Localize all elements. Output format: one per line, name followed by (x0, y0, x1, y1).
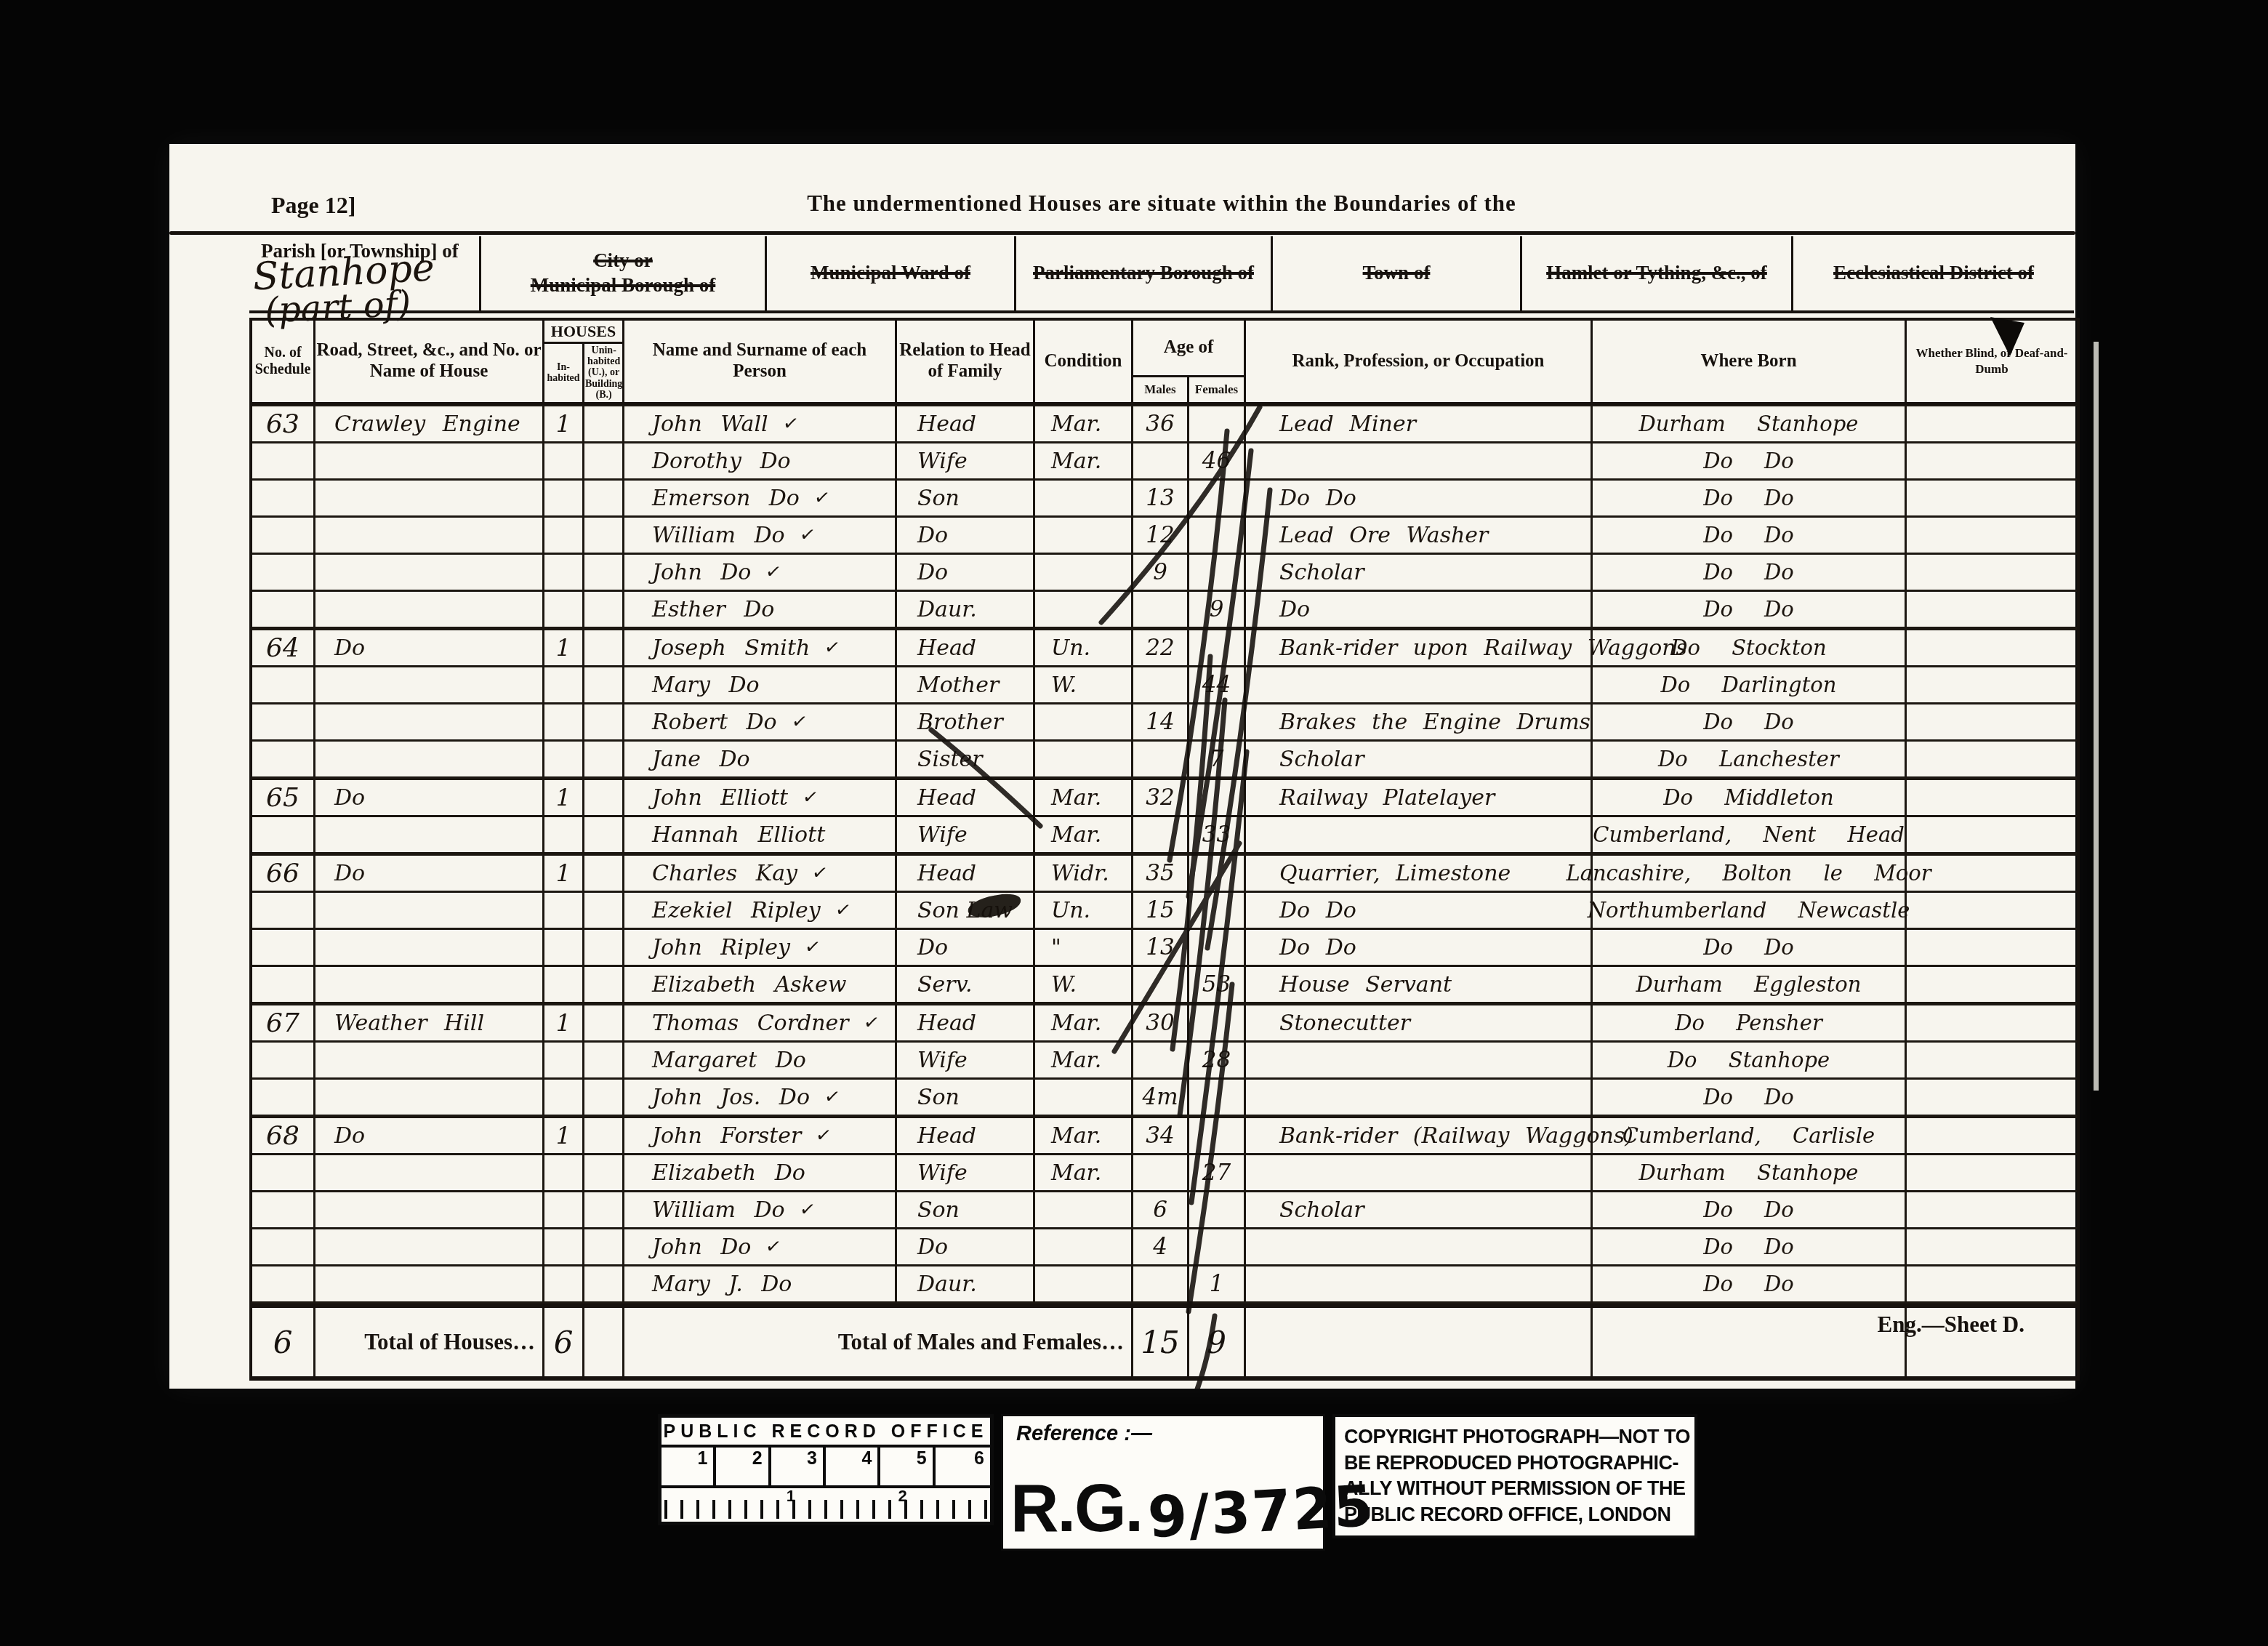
houses-inhabited (544, 1266, 584, 1301)
relation-to-head: Wife (897, 443, 1035, 478)
age-male: 12 (1133, 518, 1189, 553)
col-header-relation: Relation to Head of Family (897, 321, 1035, 402)
col-header-name: Name and Surname of each Person (624, 321, 897, 402)
check-mark: ✓ (823, 636, 842, 660)
check-mark: ✓ (764, 561, 783, 585)
house-name: Weather Hill (315, 1005, 544, 1040)
age-male (1133, 592, 1189, 627)
person-name: Margaret Do (652, 1048, 806, 1073)
relation-to-head: Head (897, 630, 1035, 665)
parish-box: Parish [or Township] of Stanhope (part o… (249, 236, 481, 310)
occupation: Do Do (1246, 893, 1593, 928)
blind-deaf (1907, 1192, 2077, 1227)
check-mark: ✓ (862, 1011, 881, 1035)
occupation: Scholar (1246, 742, 1593, 776)
person-name: John Forster (652, 1123, 801, 1149)
blind-deaf (1907, 893, 2077, 928)
age-male (1133, 742, 1189, 776)
where-born: Northumberland Newcastle (1593, 893, 1907, 928)
age-male: 9 (1133, 555, 1189, 590)
occupation: Quarrier, Limestone (1246, 856, 1593, 891)
table-row: William Do ✓ Son 6 Scholar Do Do (252, 1192, 2077, 1229)
schedule-number (252, 555, 315, 590)
age-male: 36 (1133, 406, 1189, 441)
schedule-number: 65 (252, 780, 315, 815)
relation-to-head: Serv. (897, 967, 1035, 1002)
photo-background: Page 12] The undermentioned Houses are s… (0, 0, 2268, 1646)
age-male (1133, 443, 1189, 478)
blind-deaf (1907, 667, 2077, 702)
age-female: 1 (1189, 1266, 1246, 1301)
table-row: 65 Do 1 John Elliott ✓ Head Mar. 32 Rail… (252, 779, 2077, 817)
schedule-number (252, 704, 315, 739)
occupation: Scholar (1246, 1192, 1593, 1227)
houses-inhabited (544, 518, 584, 553)
person-name-cell: Dorothy Do (624, 443, 897, 478)
col-header-born: Where Born (1593, 321, 1907, 402)
schedule-number (252, 1043, 315, 1077)
blind-deaf (1907, 1155, 2077, 1190)
blind-deaf (1907, 555, 2077, 590)
blind-deaf (1907, 1080, 2077, 1115)
relation-to-head: Mother (897, 667, 1035, 702)
copyright-stamp: COPYRIGHT PHOTOGRAPH—NOT TO BE REPRODUCE… (1332, 1414, 1697, 1538)
check-mark: ✓ (814, 1124, 833, 1148)
schedule-number (252, 893, 315, 928)
where-born: Do Do (1593, 1229, 1907, 1264)
pro-stamp-strip: PUBLIC RECORD OFFICE 1 2 3 4 5 6 1 2 Ref… (658, 1414, 1697, 1551)
person-name: John Wall (652, 411, 768, 437)
age-male (1133, 1266, 1189, 1301)
where-born: Do Do (1593, 1080, 1907, 1115)
person-name-cell: Thomas Cordner ✓ (624, 1005, 897, 1040)
person-name: John Ripley (652, 935, 790, 960)
marital-condition (1035, 1080, 1133, 1115)
table-row: Emerson Do ✓ Son 13 Do Do Do Do (252, 481, 2077, 518)
houses-uninhabited (584, 592, 624, 627)
column-headers: No. of Schedule Road, Street, &c., and N… (252, 321, 2077, 405)
blind-deaf (1907, 704, 2077, 739)
schedule-number: 63 (252, 406, 315, 441)
houses-uninhabited (584, 667, 624, 702)
marital-condition: W. (1035, 667, 1133, 702)
houses-uninhabited (584, 630, 624, 665)
table-row: John Do ✓ Do 4 Do Do (252, 1229, 2077, 1266)
marital-condition: Mar. (1035, 780, 1133, 815)
age-male: 13 (1133, 930, 1189, 965)
age-female: 28 (1189, 1043, 1246, 1077)
parliamentary-borough-box: Parliamentary Borough of (1016, 236, 1273, 310)
total-houses-value: 6 (544, 1308, 584, 1376)
age-female (1189, 630, 1246, 665)
age-male: 34 (1133, 1118, 1189, 1153)
age-male: 32 (1133, 780, 1189, 815)
house-name: Do (315, 1118, 544, 1153)
where-born: Do Do (1593, 930, 1907, 965)
person-name: Charles Kay (652, 861, 797, 886)
relation-to-head: Do (897, 1229, 1035, 1264)
person-name-cell: William Do ✓ (624, 1192, 897, 1227)
age-female: 33 (1189, 817, 1246, 852)
age-female (1189, 406, 1246, 441)
where-born: Durham Eggleston (1593, 967, 1907, 1002)
marital-condition (1035, 555, 1133, 590)
person-name: John Do (652, 1234, 751, 1260)
relation-to-head: Wife (897, 1043, 1035, 1077)
house-name (315, 967, 544, 1002)
where-born: Do Middleton (1593, 780, 1907, 815)
houses-uninhabited (584, 1229, 624, 1264)
table-row: Hannah Elliott Wife Mar. 33 Cumberland, … (252, 817, 2077, 854)
relation-to-head: Son (897, 481, 1035, 515)
houses-uninhabited (584, 1192, 624, 1227)
person-name: Elizabeth Do (652, 1160, 805, 1186)
occupation (1246, 443, 1593, 478)
relation-to-head: Daur. (897, 1266, 1035, 1301)
table-row: Ezekiel Ripley ✓ Son Law Un. 15 Do Do No… (252, 893, 2077, 930)
empty-cell (1593, 1308, 1907, 1376)
check-mark: ✓ (801, 786, 820, 810)
horizontal-rule (169, 231, 2075, 235)
blind-deaf (1907, 443, 2077, 478)
houses-inhabited (544, 817, 584, 852)
houses-uninhabited (584, 518, 624, 553)
schedule-number (252, 481, 315, 515)
marital-condition: Widr. (1035, 856, 1133, 891)
sheet-title: The undermentioned Houses are situate wi… (249, 190, 2074, 217)
reference-piece-number: 9/3725 (1146, 1474, 1376, 1551)
table-row: John Jos. Do ✓ Son 4m Do Do (252, 1080, 2077, 1117)
houses-uninhabited (584, 555, 624, 590)
person-name-cell: Jane Do (624, 742, 897, 776)
blind-deaf (1907, 406, 2077, 441)
person-name-cell: Robert Do ✓ (624, 704, 897, 739)
col-header-road: Road, Street, &c., and No. or Name of Ho… (315, 321, 544, 402)
house-name (315, 1266, 544, 1301)
relation-to-head: Son (897, 1080, 1035, 1115)
age-female (1189, 704, 1246, 739)
marital-condition: Un. (1035, 630, 1133, 665)
house-name (315, 1229, 544, 1264)
houses-inhabited (544, 592, 584, 627)
person-name-cell: Elizabeth Askew (624, 967, 897, 1002)
col-header-males: Males (1133, 377, 1189, 402)
relation-to-head: Head (897, 406, 1035, 441)
houses-uninhabited (584, 481, 624, 515)
table-row: 64 Do 1 Joseph Smith ✓ Head Un. 22 Bank-… (252, 629, 2077, 667)
person-name-cell: John Elliott ✓ (624, 780, 897, 815)
age-male (1133, 817, 1189, 852)
age-female: 46 (1189, 443, 1246, 478)
houses-inhabited (544, 555, 584, 590)
age-male: 30 (1133, 1005, 1189, 1040)
houses-uninhabited (584, 780, 624, 815)
houses-inhabited (544, 1229, 584, 1264)
marital-condition: Mar. (1035, 1005, 1133, 1040)
occupation: House Servant (1246, 967, 1593, 1002)
col-header-schedule: No. of Schedule (252, 321, 315, 402)
person-name-cell: Charles Kay ✓ (624, 856, 897, 891)
houses-inhabited: 1 (544, 406, 584, 441)
age-title: Age of (1133, 321, 1244, 375)
blind-deaf (1907, 742, 2077, 776)
house-name (315, 742, 544, 776)
house-name (315, 667, 544, 702)
house-name: Crawley Engine (315, 406, 544, 441)
marital-condition: Mar. (1035, 406, 1133, 441)
houses-uninhabited (584, 893, 624, 928)
census-table-body: 63 Crawley Engine 1 John Wall ✓ Head Mar… (252, 405, 2077, 1304)
schedule-number (252, 1080, 315, 1115)
age-female (1189, 1229, 1246, 1264)
table-row: 68 Do 1 John Forster ✓ Head Mar. 34 Bank… (252, 1117, 2077, 1155)
where-born: Lancashire, Bolton le Moor (1593, 856, 1907, 891)
pro-inch-ruler: 1 2 (661, 1488, 990, 1522)
occupation: Stonecutter (1246, 1005, 1593, 1040)
houses-uninhabited (584, 967, 624, 1002)
houses-inhabited (544, 742, 584, 776)
relation-to-head: Sister (897, 742, 1035, 776)
pro-ruler-stamp: PUBLIC RECORD OFFICE 1 2 3 4 5 6 1 2 (658, 1414, 994, 1525)
age-female (1189, 893, 1246, 928)
occupation (1246, 1266, 1593, 1301)
blind-deaf (1907, 1266, 2077, 1301)
house-name: Do (315, 630, 544, 665)
houses-uninhabited (584, 1005, 624, 1040)
person-name-cell: John Ripley ✓ (624, 930, 897, 965)
col-header-text: Schedule (255, 361, 311, 378)
age-female: 7 (1189, 742, 1246, 776)
marital-condition (1035, 518, 1133, 553)
houses-uninhabited (584, 817, 624, 852)
person-name: Dorothy Do (652, 449, 791, 474)
marital-condition: W. (1035, 967, 1133, 1002)
struck-header: Municipal Ward of (811, 261, 970, 286)
relation-to-head: Daur. (897, 592, 1035, 627)
col-header-females: Females (1189, 377, 1244, 402)
person-name-cell: Elizabeth Do (624, 1155, 897, 1190)
marital-condition (1035, 704, 1133, 739)
person-name: William Do (652, 1197, 785, 1223)
age-female (1189, 555, 1246, 590)
marital-condition (1035, 481, 1133, 515)
age-female (1189, 856, 1246, 891)
houses-inhabited (544, 704, 584, 739)
schedule-number (252, 1229, 315, 1264)
sheet-footer-label: Eng.—Sheet D. (1878, 1312, 2024, 1338)
table-row: Elizabeth Do Wife Mar. 27 Durham Stanhop… (252, 1155, 2077, 1192)
occupation: Do Do (1246, 481, 1593, 515)
relation-to-head: Son Law (897, 893, 1035, 928)
col-header-text: No. of (264, 345, 301, 361)
marital-condition: Mar. (1035, 443, 1133, 478)
where-born: Do Do (1593, 704, 1907, 739)
relation-to-head: Head (897, 780, 1035, 815)
schedule-number: 66 (252, 856, 315, 891)
age-male (1133, 1155, 1189, 1190)
copyright-line: BE REPRODUCED PHOTOGRAPHIC- (1344, 1450, 1686, 1477)
person-name-cell: Margaret Do (624, 1043, 897, 1077)
house-name (315, 893, 544, 928)
col-header-condition: Condition (1035, 321, 1133, 402)
occupation (1246, 1080, 1593, 1115)
schedule-number: 67 (252, 1005, 315, 1040)
person-name-cell: Joseph Smith ✓ (624, 630, 897, 665)
houses-inhabited (544, 930, 584, 965)
schedule-number: 64 (252, 630, 315, 665)
relation-to-head: Brother (897, 704, 1035, 739)
occupation (1246, 1229, 1593, 1264)
person-name-cell: Mary Do (624, 667, 897, 702)
age-female (1189, 1005, 1246, 1040)
age-female (1189, 1080, 1246, 1115)
reference-series: R.G. (1010, 1471, 1142, 1547)
blind-deaf (1907, 1005, 2077, 1040)
age-female (1189, 780, 1246, 815)
check-mark: ✓ (781, 412, 800, 436)
reference-stamp: Reference :— R.G. 9/3725 (1001, 1414, 1325, 1551)
person-name: Mary Do (652, 673, 760, 698)
scale-number: 5 (880, 1448, 935, 1485)
municipal-ward-box: Municipal Ward of (767, 236, 1016, 310)
person-name: Emerson Do (652, 486, 800, 511)
table-row: Elizabeth Askew Serv. W. 53 House Servan… (252, 967, 2077, 1004)
houses-inhabited (544, 1080, 584, 1115)
occupation: Bank-rider (Railway Waggons) (1246, 1118, 1593, 1153)
age-male (1133, 1043, 1189, 1077)
col-header-houses: HOUSES In-habited Unin-habited (U.), or … (544, 321, 624, 402)
person-name: John Jos. Do (652, 1085, 810, 1110)
where-born: Do Do (1593, 443, 1907, 478)
empty-cell (1246, 1308, 1593, 1376)
person-name-cell: John Do ✓ (624, 1229, 897, 1264)
person-name: Joseph Smith (652, 635, 810, 661)
schedule-number (252, 667, 315, 702)
where-born: Do Do (1593, 592, 1907, 627)
table-row: Mary Do Mother W. 44 Do Darlington (252, 667, 2077, 704)
table-row: Esther Do Daur. 9 Do Do Do (252, 592, 2077, 629)
pro-title: PUBLIC RECORD OFFICE (661, 1418, 990, 1448)
marital-condition (1035, 1192, 1133, 1227)
houses-uninhabited (584, 1080, 624, 1115)
schedule-number (252, 1192, 315, 1227)
blind-deaf (1907, 518, 2077, 553)
struck-header: Hamlet or Tything, &c., of (1546, 261, 1767, 286)
struck-header: City or (593, 249, 653, 273)
houses-inhabited: 1 (544, 630, 584, 665)
blind-deaf (1907, 780, 2077, 815)
table-row: William Do ✓ Do 12 Lead Ore Washer Do Do (252, 518, 2077, 555)
blind-deaf (1907, 930, 2077, 965)
marital-condition: Mar. (1035, 817, 1133, 852)
person-name-cell: John Do ✓ (624, 555, 897, 590)
total-persons-label: Total of Males and Females… (624, 1308, 1133, 1376)
houses-title: HOUSES (544, 321, 622, 344)
relation-to-head: Wife (897, 1155, 1035, 1190)
person-name: Ezekiel Ripley (652, 898, 821, 923)
struck-header: Town of (1363, 261, 1431, 286)
houses-inhabited (544, 893, 584, 928)
person-name: Mary J. Do (652, 1272, 792, 1297)
where-born: Durham Stanhope (1593, 1155, 1907, 1190)
pro-scale-cells: 1 2 3 4 5 6 (661, 1448, 990, 1488)
marital-condition: Mar. (1035, 1043, 1133, 1077)
where-born: Do Do (1593, 1266, 1907, 1301)
person-name-cell: Ezekiel Ripley ✓ (624, 893, 897, 928)
check-mark: ✓ (811, 862, 829, 886)
house-name (315, 592, 544, 627)
census-table: No. of Schedule Road, Street, &c., and N… (249, 318, 2080, 1381)
where-born: Do Do (1593, 518, 1907, 553)
age-female: 27 (1189, 1155, 1246, 1190)
scale-number: 6 (936, 1448, 990, 1485)
table-row: Jane Do Sister 7 Scholar Do Lanchester (252, 742, 2077, 779)
houses-uninhabited (584, 1043, 624, 1077)
person-name: Thomas Cordner (652, 1011, 849, 1036)
houses-uninhabited (584, 443, 624, 478)
age-male (1133, 967, 1189, 1002)
where-born: Do Pensher (1593, 1005, 1907, 1040)
copyright-line: COPYRIGHT PHOTOGRAPH—NOT TO (1344, 1424, 1686, 1450)
struck-header: Parliamentary Borough of (1033, 261, 1254, 286)
houses-uninhabited (584, 406, 624, 441)
person-name: Jane Do (652, 747, 750, 772)
blind-deaf (1907, 592, 2077, 627)
houses-uninhabited (584, 1155, 624, 1190)
age-male: 6 (1133, 1192, 1189, 1227)
age-male: 4m (1133, 1080, 1189, 1115)
where-born: Durham Stanhope (1593, 406, 1907, 441)
blind-deaf (1907, 1229, 2077, 1264)
sheet-top-header: Page 12] The undermentioned Houses are s… (249, 186, 2074, 231)
schedule-number (252, 930, 315, 965)
page-edge-sliver (2094, 342, 2099, 1091)
houses-uninhabited (584, 1266, 624, 1301)
check-mark: ✓ (823, 1085, 842, 1109)
schedule-number (252, 817, 315, 852)
city-borough-box: City or Municipal Borough of (481, 236, 767, 310)
marital-condition (1035, 1266, 1133, 1301)
census-sheet: Page 12] The undermentioned Houses are s… (169, 144, 2075, 1389)
houses-inhabited: 1 (544, 1005, 584, 1040)
marital-condition: Mar. (1035, 1155, 1133, 1190)
blind-deaf (1907, 1043, 2077, 1077)
house-name (315, 443, 544, 478)
table-row: John Do ✓ Do 9 Scholar Do Do (252, 555, 2077, 592)
marital-condition (1035, 742, 1133, 776)
table-row: Margaret Do Wife Mar. 28 Do Stanhope (252, 1043, 2077, 1080)
where-born: Cumberland, Carlisle (1593, 1118, 1907, 1153)
house-name: Do (315, 780, 544, 815)
check-mark: ✓ (803, 936, 822, 960)
occupation: Lead Ore Washer (1246, 518, 1593, 553)
where-born: Do Darlington (1593, 667, 1907, 702)
check-mark: ✓ (798, 1198, 817, 1222)
age-female (1189, 930, 1246, 965)
relation-to-head: Head (897, 1118, 1035, 1153)
relation-to-head: Head (897, 856, 1035, 891)
blind-deaf (1907, 967, 2077, 1002)
col-header-uninhabited: Unin-habited (U.), or Building (B.) (584, 344, 623, 402)
houses-inhabited: 1 (544, 1118, 584, 1153)
houses-uninhabited (584, 930, 624, 965)
schedule-number (252, 1155, 315, 1190)
house-name (315, 817, 544, 852)
age-female (1189, 1118, 1246, 1153)
marital-condition: Un. (1035, 893, 1133, 928)
col-header-occupation: Rank, Profession, or Occupation (1246, 321, 1593, 402)
check-mark: ✓ (813, 486, 832, 510)
